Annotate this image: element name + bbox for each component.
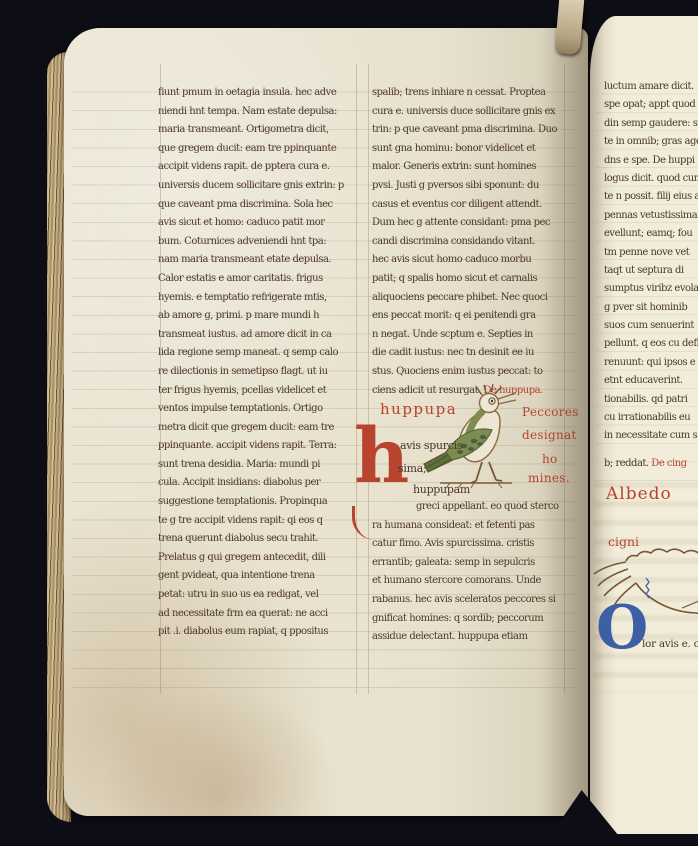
text-line: cula. Accipit insidians: diabolus per — [158, 474, 370, 493]
text-line: metra dicit que gregem ducit: eam tre — [158, 419, 370, 438]
text-line: luctum amare dicit. — [604, 78, 698, 96]
left-page: fiunt pmum in oetagia insula. hec adveni… — [64, 28, 588, 816]
text-line: g pver sit hominib — [604, 299, 698, 317]
text-line: bum. Coturnices adveniendi hnt tpa: — [158, 233, 370, 252]
text-line: petat: utru in suo us ea redigat, vel — [158, 586, 370, 605]
text-line: logus dicit. quod cum — [604, 170, 698, 188]
body-text: lor avis e. c — [642, 638, 698, 650]
decorated-initial-h: h — [354, 424, 409, 489]
text-line: sunt trena desidia. Maria: mundi pi — [158, 456, 370, 475]
manuscript-photograph: fiunt pmum in oetagia insula. hec adveni… — [0, 0, 698, 846]
decorated-initial-o: O — [596, 598, 648, 658]
text-line: pit .i. diabolus eum rapiat, q ppositus — [158, 623, 370, 642]
rubric-de-cigno: De cing — [651, 458, 686, 469]
text-line: ventos impulse temptationis. Ortigo — [158, 400, 370, 419]
text-line: re dilectionis in semetipso flagt. ut iu — [158, 363, 370, 382]
initial-text-line: huppupam — [413, 484, 470, 495]
text-line: pellunt. q eos cu defi — [604, 335, 698, 353]
text-line: suggestione temptationis. Propinqua — [158, 493, 370, 512]
text-line: tionabilis. qd patri — [604, 391, 698, 409]
right-page-partial: luctum amare dicit.spe opat; appt quod o… — [590, 16, 698, 834]
text-line: evellunt; eamq; fou — [604, 225, 698, 243]
text-line: te in omnib; gras age — [604, 133, 698, 151]
text-line: Calor estatis e amor caritatis. frigus — [158, 270, 370, 289]
text-line: suos cum senuerint — [604, 317, 698, 335]
text-line: lida regione semp maneat. q semp calo — [158, 344, 370, 363]
text-line: que caveant pma discrimina. Sola hec — [158, 196, 370, 215]
text-line: etnt educaverint. — [604, 372, 698, 390]
text-line: hyemis. e temptatio refrigerate mtis, — [158, 289, 370, 308]
text-line: taqt ut septura di — [604, 262, 698, 280]
text-line: in necessitate cum s — [604, 427, 698, 445]
text-line: universis ducem sollicitare gnis extrin:… — [158, 177, 370, 196]
text-line: sumptus viribz evola — [604, 280, 698, 298]
text-line: transmeat iustus. ad amore dicit in ca — [158, 326, 370, 345]
text-line: que gregem ducit: eam tre ppinquante — [158, 140, 370, 159]
text-line: din semp gaudere: sit — [604, 115, 698, 133]
text-line: cu irrationabilis eu — [604, 409, 698, 427]
text-column-1: fiunt pmum in oetagia insula. hec adveni… — [158, 84, 370, 644]
initial-text-line: sima; — [398, 463, 426, 474]
text-line: dns e spe. De huppi — [604, 152, 698, 170]
text-line: avis sicut et homo: caduco patit mor — [158, 214, 370, 233]
text-line: pennas vetustissima — [604, 207, 698, 225]
rubric-albedo: Albedo — [606, 484, 672, 504]
text-line: te n possit. filij eius a — [604, 188, 698, 206]
text-line: accipit videns rapit. de pptera cura e. — [158, 158, 370, 177]
text-line: spe opat; appt quod op — [604, 96, 698, 114]
rubric-line: b; reddat. De cing — [604, 458, 687, 469]
text-line: te g tre accipit videns rapit: qi eos q — [158, 512, 370, 531]
gutter-shadow — [542, 28, 588, 816]
text-line: gent pvideat, qua intentione trena — [158, 567, 370, 586]
text-line: ppinquante. accipit videns rapit. Terra: — [158, 437, 370, 456]
text-line: tm penne nove vet — [604, 244, 698, 262]
text-line: renuunt: qui ipsos e — [604, 354, 698, 372]
text-line: ter frigus hyemis, pcellas videlicet et — [158, 382, 370, 401]
text-line: Prelatus g qui gregem antecedit, dili — [158, 549, 370, 568]
bookmark-tie — [555, 0, 585, 55]
text-line: nam maria transmeant etate depulsa. — [158, 251, 370, 270]
text-line: fiunt pmum in oetagia insula. hec adve — [158, 84, 370, 103]
text-line: maria transmeant. Ortigometra dicit, — [158, 121, 370, 140]
text-line: ad necessitate frm ea querat: ne acci — [158, 605, 370, 624]
initial-text-line: avis spurcis — [400, 440, 462, 451]
text-line: trena querunt diabolus secu trahit. — [158, 530, 370, 549]
text-line: ab amore g, primi. p mare mundi h — [158, 307, 370, 326]
body-text: b; reddat. — [604, 458, 651, 469]
right-page-text-column: luctum amare dicit.spe opat; appt quod o… — [604, 78, 698, 446]
text-line: niendi hnt tempa. Nam estate depulsa: — [158, 103, 370, 122]
